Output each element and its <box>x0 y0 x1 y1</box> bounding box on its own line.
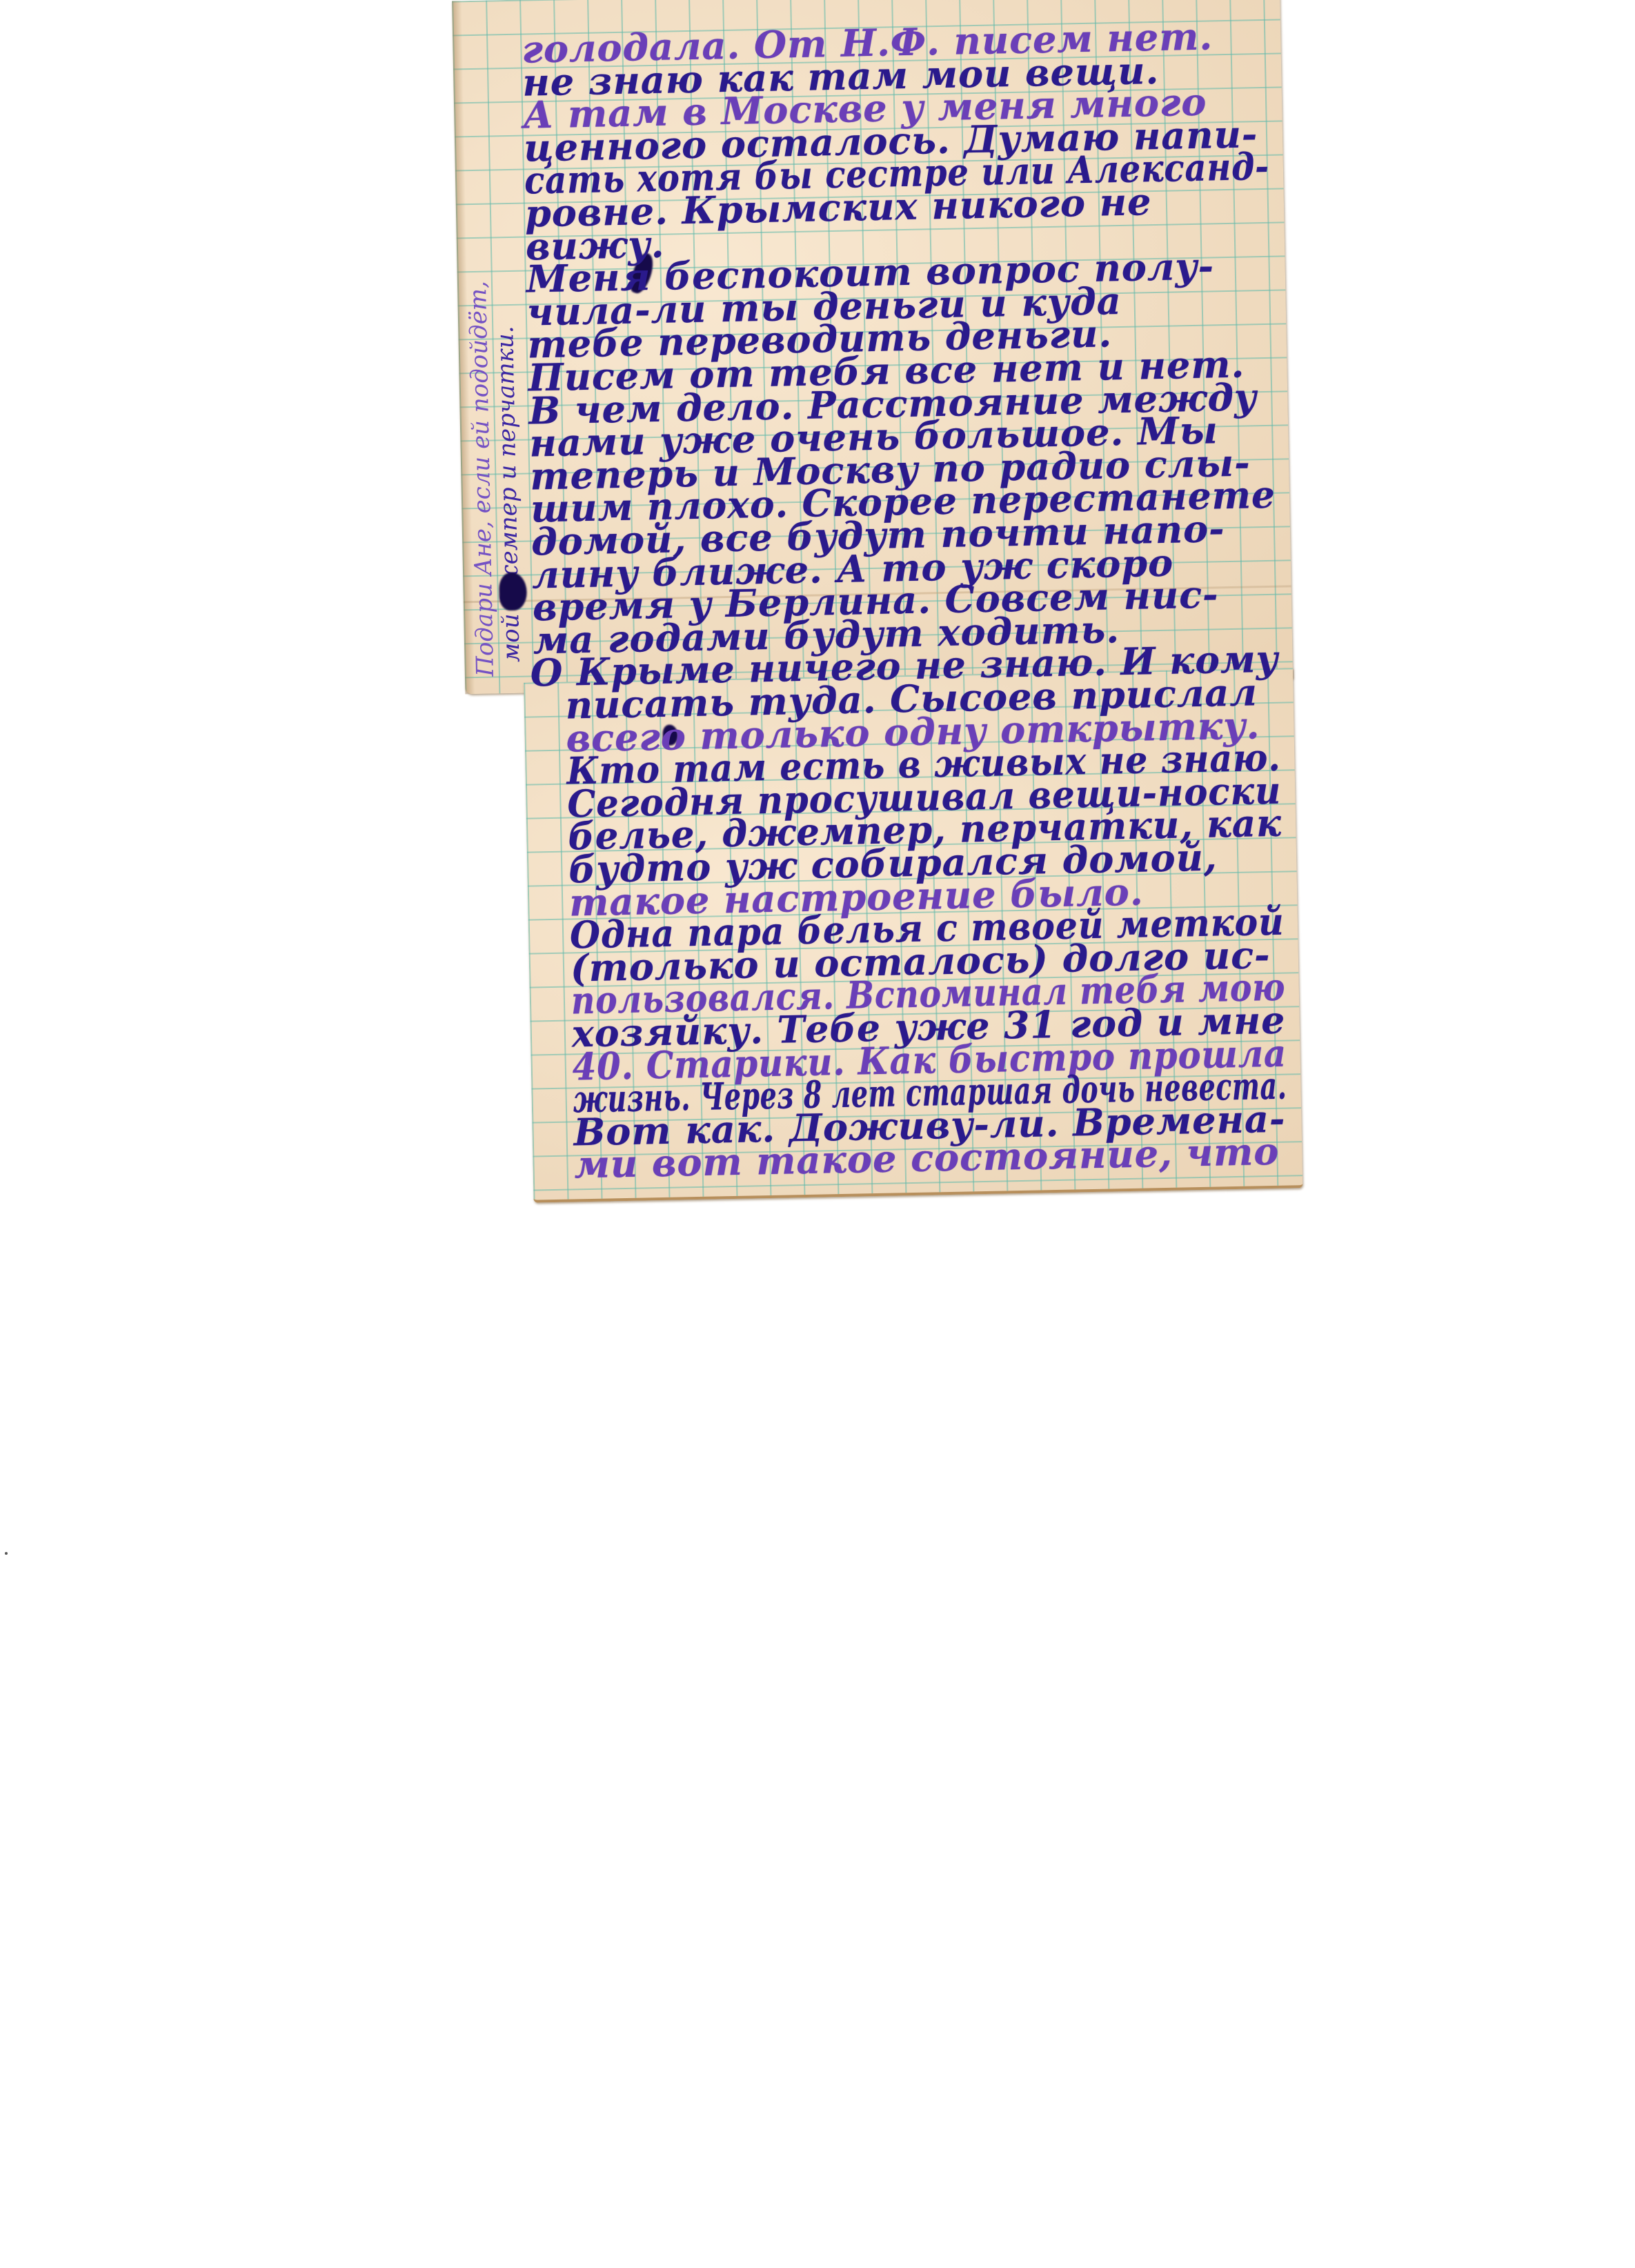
scanned-letter-page: Подари Ане, если ей подойдёт, мой джемпе… <box>0 0 1635 2268</box>
letter-body: голодала. От Н.Ф. писем нет.не знаю как … <box>452 0 1302 1201</box>
scan-speck <box>5 1552 8 1555</box>
graph-paper-sheet: Подари Ане, если ей подойдёт, мой джемпе… <box>452 0 1302 1201</box>
